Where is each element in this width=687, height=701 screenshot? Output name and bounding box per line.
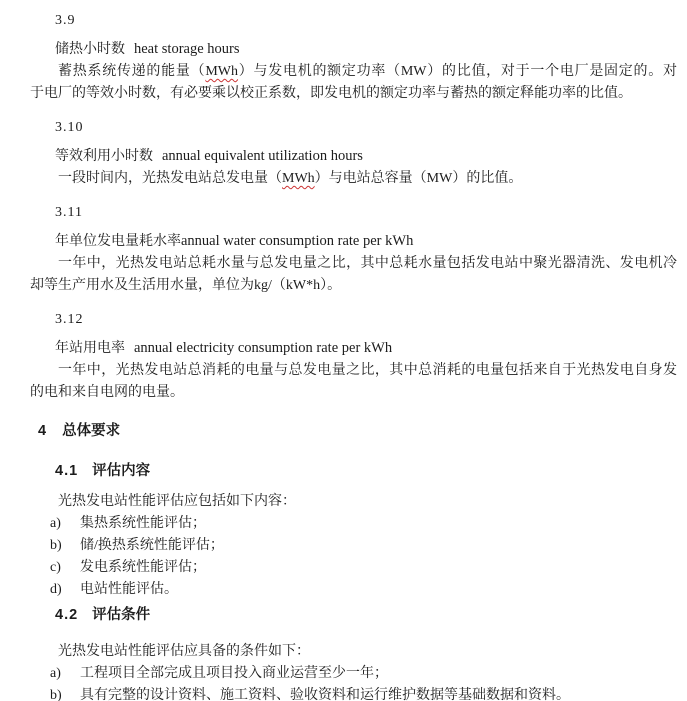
clause-number-3-11: 3.11 (55, 202, 677, 224)
definition-text: 于电厂的等效小时数，有必要乘以校正系数，即发电机的额定功率与蓄热的额定释能功率的… (30, 86, 632, 101)
term-name-en: annual equivalent utilization hours (162, 148, 363, 164)
list-item: c)发电系统性能评估； (30, 557, 677, 579)
definition-text: ）与电站总容量（MW）的比值。 (315, 171, 523, 186)
document-page: 3.9 储热小时数heat storage hours 蓄热系统传递的能量（MW… (0, 0, 687, 701)
definition-line: 一年中，光热发电站总耗水量与总发电量之比，其中总耗水量包括发电站中聚光器清洗、发… (30, 253, 677, 275)
definition-3-12: 一年中，光热发电站总消耗的电量与总发电量之比，其中总消耗的电量包括来自于光热发电… (30, 360, 677, 404)
list-item-text: 电站性能评估。 (80, 582, 178, 597)
definition-text: 蓄热系统传递的能量（ (58, 64, 205, 79)
section-number: 4.1 (55, 460, 78, 482)
definition-line: 的电和来自电网的电量。 (30, 382, 677, 404)
list-item-text: 储/换热系统性能评估； (80, 538, 224, 553)
list-item: b)储/换热系统性能评估； (30, 535, 677, 557)
list-item-label: b) (50, 535, 80, 557)
chapter-heading: 4总体要求 (30, 420, 677, 442)
term-name-en: heat storage hours (134, 41, 240, 57)
chapter-title: 总体要求 (62, 423, 120, 439)
term-name-cn: 储热小时数 (55, 42, 125, 57)
definition-line: 于电厂的等效小时数，有必要乘以校正系数，即发电机的额定功率与蓄热的额定释能功率的… (30, 83, 677, 105)
term-line-3-12: 年站用电率annual electricity consumption rate… (30, 337, 677, 360)
definition-text: 的电和来自电网的电量。 (30, 385, 184, 400)
list-item-text: 发电系统性能评估； (80, 560, 206, 575)
definition-3-11: 一年中，光热发电站总耗水量与总发电量之比，其中总耗水量包括发电站中聚光器清洗、发… (30, 253, 677, 297)
clause-number-3-10: 3.10 (55, 117, 677, 139)
term-name-cn: 年单位发电量耗水率 (55, 234, 181, 249)
definition-3-9: 蓄热系统传递的能量（MWh）与发电机的额定功率（MW）的比值，对于一个电厂是固定… (30, 61, 677, 105)
term-name-cn: 年站用电率 (55, 341, 125, 356)
intro-line: 光热发电站性能评估应具备的条件如下： (30, 641, 677, 663)
list-item-label: d) (50, 579, 80, 601)
list-item-label: b) (50, 685, 80, 701)
intro-text: 光热发电站性能评估应包括如下内容： (58, 494, 296, 509)
clause-number-3-9: 3.9 (55, 10, 677, 32)
definition-line: 一年中，光热发电站总消耗的电量与总发电量之比，其中总消耗的电量包括来自于光热发电… (30, 360, 677, 382)
term-name-en: annual electricity consumption rate per … (134, 340, 392, 356)
definition-line: 蓄热系统传递的能量（MWh）与发电机的额定功率（MW）的比值，对于一个电厂是固定… (30, 61, 677, 83)
list-item-text: 集热系统性能评估； (80, 516, 206, 531)
definition-text: 一年中，光热发电站总耗水量与总发电量之比，其中总耗水量包括发电站中聚光器清洗、发… (58, 256, 677, 271)
definition-text: 一年中，光热发电站总消耗的电量与总发电量之比，其中总消耗的电量包括来自于光热发电… (58, 363, 677, 378)
section-title: 评估条件 (92, 607, 150, 623)
term-line-3-10: 等效利用小时数annual equivalent utilization hou… (30, 145, 677, 168)
section-title: 评估内容 (92, 463, 150, 479)
misspelled-word: MWh (205, 64, 238, 79)
list-item-label: a) (50, 513, 80, 535)
definition-text: 却等生产用水及生活用水量，单位为kg/（kW*h）。 (30, 278, 341, 293)
list-item-label: c) (50, 557, 80, 579)
clause-number-3-12: 3.12 (55, 309, 677, 331)
term-line-3-9: 储热小时数heat storage hours (30, 38, 677, 61)
chapter-number: 4 (38, 420, 46, 442)
definition-line: 一段时间内，光热发电站总发电量（MWh）与电站总容量（MW）的比值。 (30, 168, 677, 190)
definition-text: 一段时间内，光热发电站总发电量（ (58, 171, 282, 186)
list-item: b)具有完整的设计资料、施工资料、验收资料和运行维护数据等基础数据和资料。 (30, 685, 677, 701)
section-heading-4-2: 4.2评估条件 (30, 604, 677, 626)
list-item: d)电站性能评估。 (30, 579, 677, 601)
list-item-text: 具有完整的设计资料、施工资料、验收资料和运行维护数据等基础数据和资料。 (80, 688, 570, 701)
definition-line: 却等生产用水及生活用水量，单位为kg/（kW*h）。 (30, 275, 677, 297)
list-item: a)工程项目全部完成且项目投入商业运营至少一年； (30, 663, 677, 685)
section-heading-4-1: 4.1评估内容 (30, 460, 677, 482)
term-name-cn: 等效利用小时数 (55, 149, 153, 164)
definition-3-10: 一段时间内，光热发电站总发电量（MWh）与电站总容量（MW）的比值。 (30, 168, 677, 190)
section-number: 4.2 (55, 604, 78, 626)
list-item-label: a) (50, 663, 80, 685)
list-item-text: 工程项目全部完成且项目投入商业运营至少一年； (80, 666, 388, 681)
term-name-en: annual water consumption rate per kWh (181, 233, 413, 249)
intro-line: 光热发电站性能评估应包括如下内容： (30, 491, 677, 513)
definition-text: ）与发电机的额定功率（MW）的比值，对于一个电厂是固定的。对 (238, 64, 677, 79)
term-line-3-11: 年单位发电量耗水率annual water consumption rate p… (30, 230, 677, 253)
intro-text: 光热发电站性能评估应具备的条件如下： (58, 644, 310, 659)
misspelled-word: MWh (282, 171, 315, 186)
list-item: a)集热系统性能评估； (30, 513, 677, 535)
